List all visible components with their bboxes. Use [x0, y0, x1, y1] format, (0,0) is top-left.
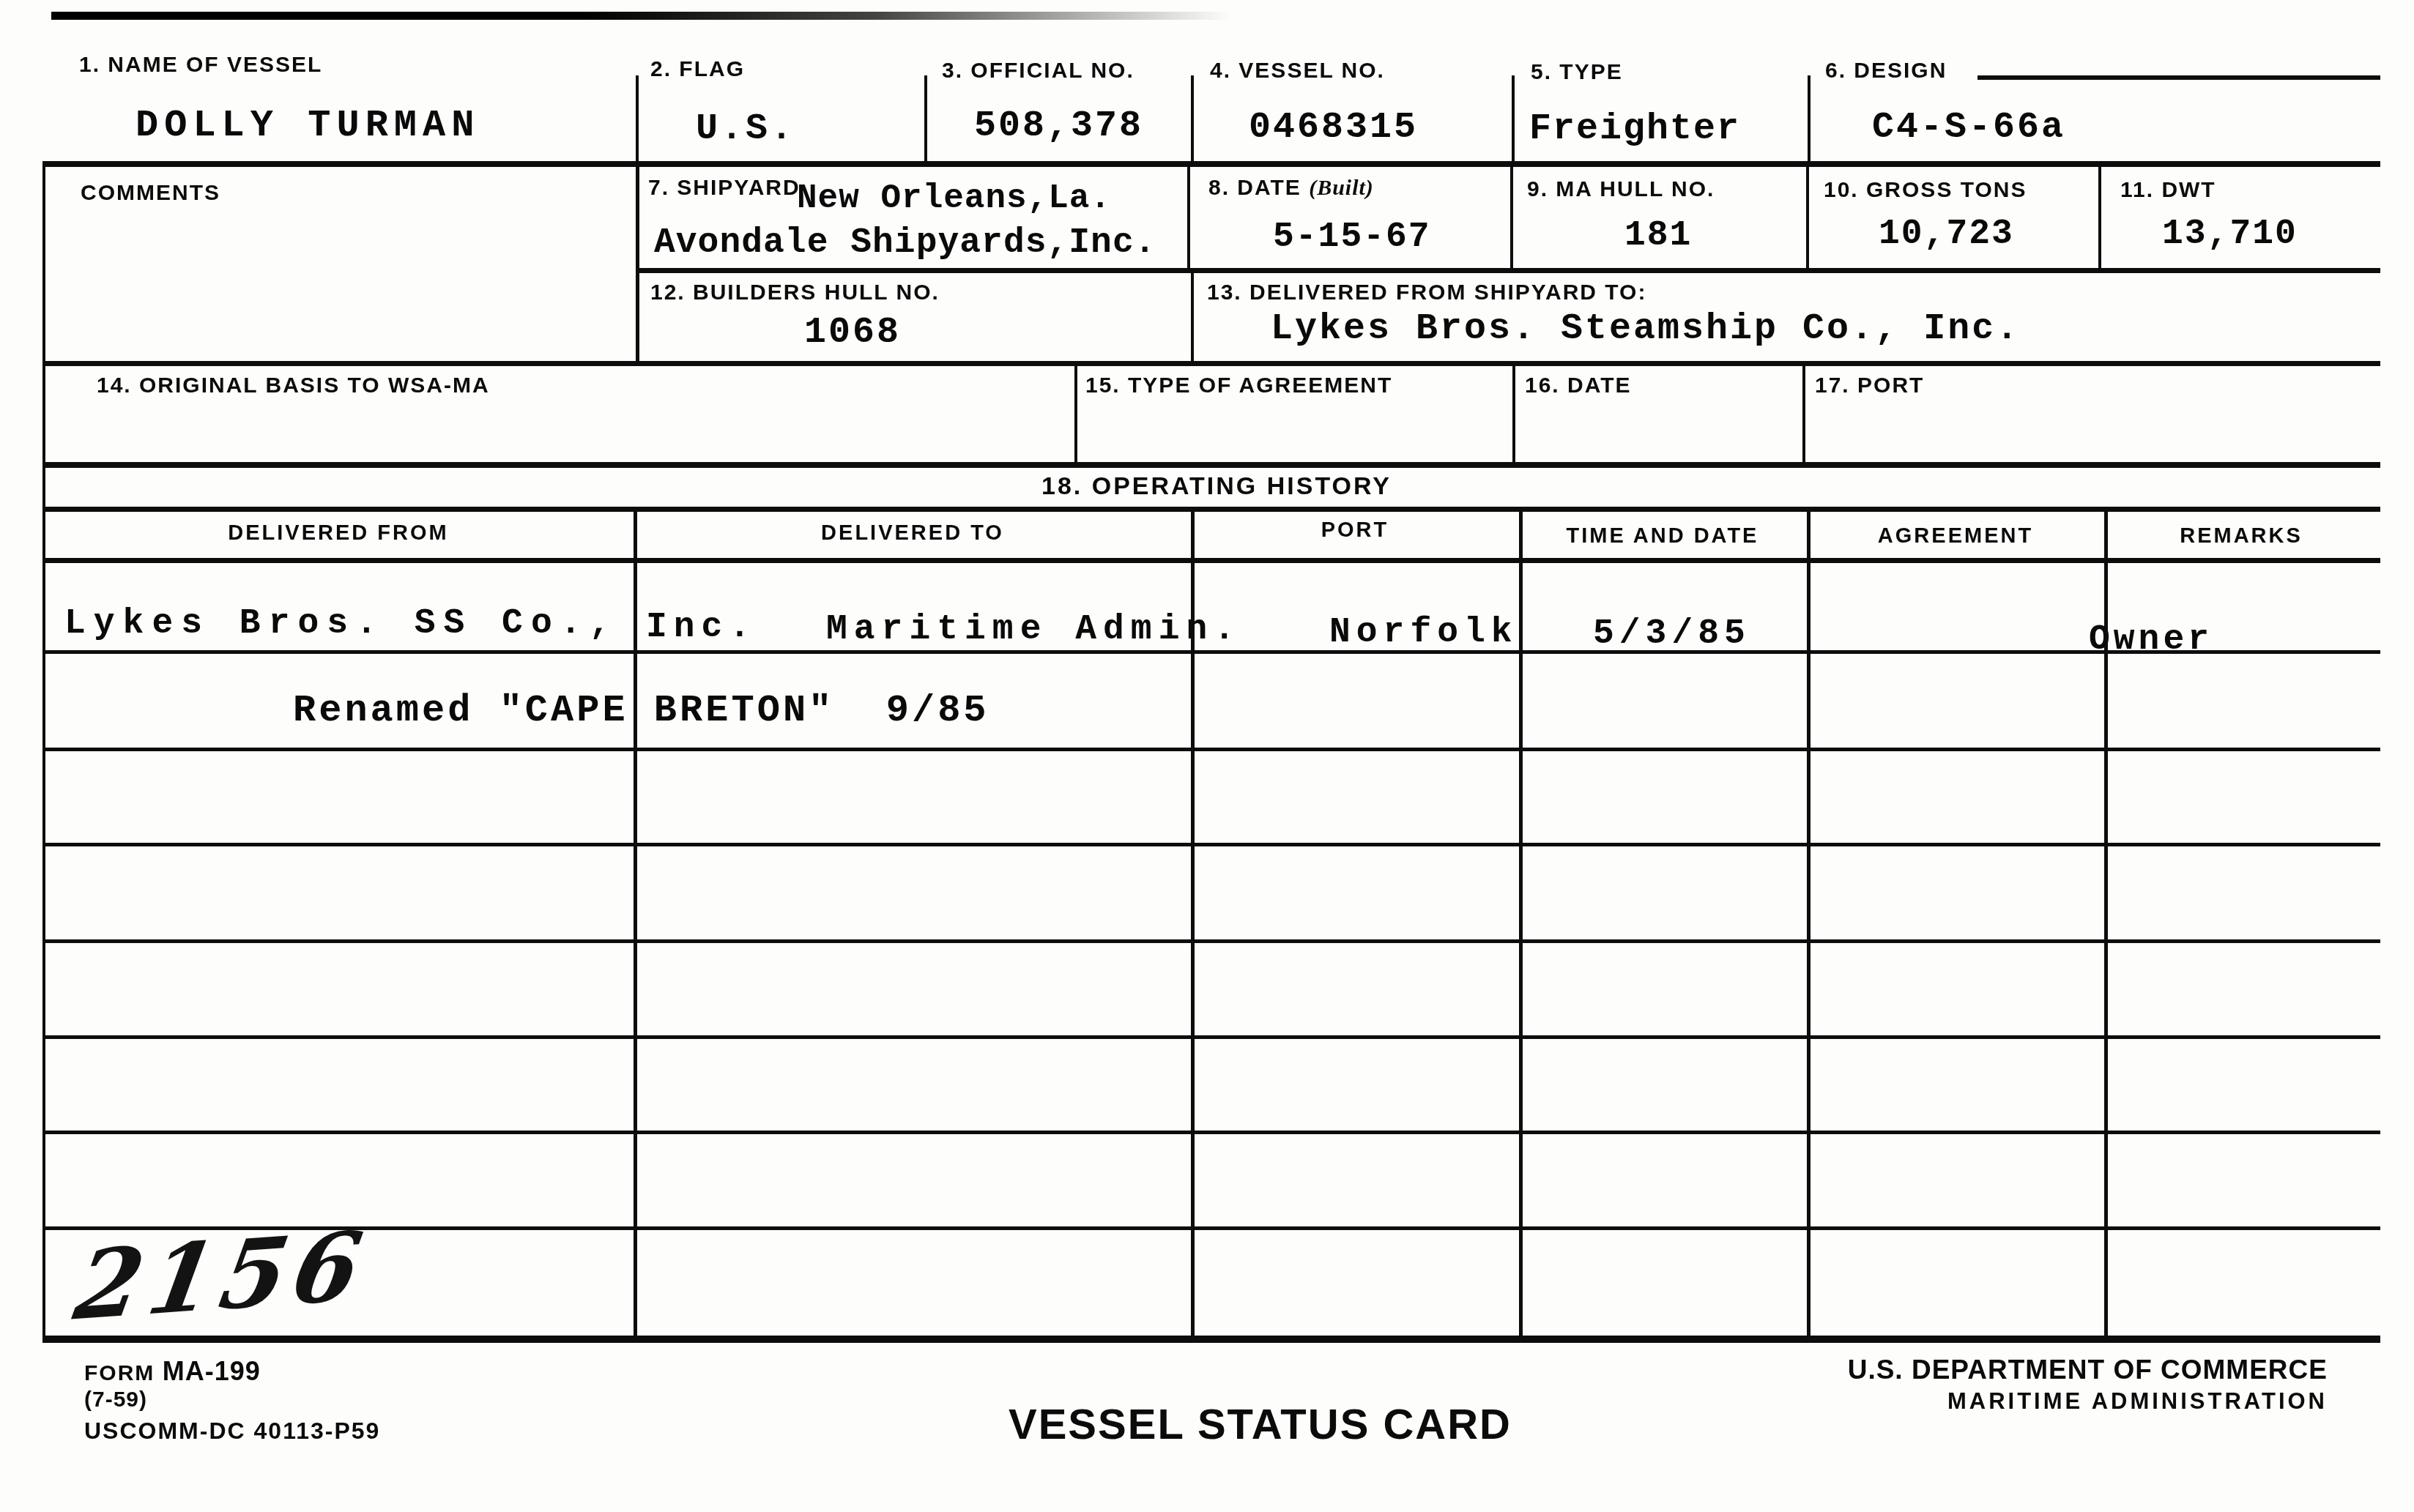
grid-vline [1806, 161, 1809, 271]
grid-hline [42, 939, 2380, 943]
history-delivered-from: Lykes Bros. SS Co., [64, 606, 618, 641]
grid-vline [636, 161, 639, 364]
grid-vline [1191, 75, 1194, 164]
grid-vline [1510, 161, 1513, 271]
grid-vline [636, 75, 639, 164]
date-built-label-note: (Built) [1309, 176, 1374, 200]
delivered-from-shipyard-label: 13. DELIVERED FROM SHIPYARD TO: [1207, 280, 1646, 305]
original-basis-wsa-label: 14. ORIGINAL BASIS TO WSA-MA [97, 373, 490, 398]
shipyard-label: 7. SHIPYARD [648, 176, 801, 201]
type-label: 5. TYPE [1531, 60, 1623, 85]
comments-label: COMMENTS [81, 181, 220, 206]
history-time-and-date: 5/3/85 [1593, 617, 1750, 652]
card-title: VESSEL STATUS CARD [1009, 1400, 1512, 1449]
builders-hull-no-label: 12. BUILDERS HULL NO. [650, 280, 940, 305]
grid-hline [42, 1035, 2380, 1039]
delivered-from-shipyard-value: Lykes Bros. Steamship Co., Inc. [1271, 311, 2020, 348]
design-label: 6. DESIGN [1825, 59, 1947, 83]
grid-vline [42, 161, 45, 1340]
grid-hline [42, 843, 2380, 846]
grid-vline [1512, 361, 1515, 465]
design-value: C4-S-66a [1872, 110, 2065, 146]
grid-hline [42, 1131, 2380, 1134]
grid-hline [42, 650, 2380, 654]
grid-vline [1187, 161, 1190, 271]
vessel-no-value: 0468315 [1249, 110, 1418, 146]
col-header-time-and-date: TIME AND DATE [1567, 524, 1759, 548]
builders-hull-no-value: 1068 [804, 315, 901, 351]
grid-hline [42, 462, 2380, 468]
history-delivered-from-cont: Inc. [646, 610, 757, 645]
grid-hline [42, 507, 2380, 512]
ma-hull-no-value: 181 [1624, 218, 1692, 253]
grid-hline [42, 748, 2380, 751]
gross-tons-value: 10,723 [1879, 217, 2014, 252]
operating-history-title: 18. OPERATING HISTORY [1041, 472, 1392, 501]
grid-hline [42, 1226, 2380, 1230]
official-no-label: 3. OFFICIAL NO. [942, 59, 1134, 83]
form-number-line: FORM MA-199 [84, 1356, 261, 1387]
grid-vline [634, 507, 637, 1339]
col-header-remarks: REMARKS [2180, 524, 2303, 548]
form-revision: (7-59) [84, 1388, 147, 1412]
port-label: 17. PORT [1815, 373, 1924, 398]
grid-hline [51, 12, 1230, 20]
agency-name: U.S. DEPARTMENT OF COMMERCE [1848, 1355, 2328, 1385]
grid-vline [1074, 361, 1077, 465]
name-of-vessel-value: DOLLY TURMAN [135, 107, 480, 145]
history-port: Norfolk [1329, 615, 1518, 650]
flag-value: U.S. [696, 111, 795, 148]
print-code: USCOMM-DC 40113-P59 [84, 1418, 380, 1445]
date-built-value: 5-15-67 [1273, 220, 1431, 255]
grid-vline [1191, 268, 1194, 364]
agency-division: MARITIME ADMINISTRATION [1947, 1388, 2328, 1415]
grid-vline [1519, 507, 1523, 1339]
grid-hline [1977, 75, 2380, 80]
shipyard-value-line2: Avondale Shipyards,Inc. [654, 226, 1156, 261]
handwritten-number: 2156 [67, 1210, 376, 1342]
col-header-delivered-to: DELIVERED TO [821, 521, 1004, 545]
official-no-value: 508,378 [974, 108, 1143, 145]
history-renamed-note: Renamed "CAPE BRETON" 9/85 [293, 692, 989, 730]
grid-vline [1512, 75, 1515, 164]
form-number: MA-199 [163, 1356, 261, 1386]
col-header-agreement: AGREEMENT [1878, 524, 2033, 548]
date-built-label-main: 8. DATE [1208, 176, 1301, 200]
grid-hline [42, 1336, 2380, 1343]
grid-hline [42, 558, 2380, 563]
shipyard-value-line1: New Orleans,La. [797, 182, 1111, 215]
grid-vline [1808, 75, 1810, 164]
grid-hline [42, 161, 2380, 167]
grid-hline [42, 361, 2380, 366]
vessel-no-label: 4. VESSEL NO. [1210, 59, 1385, 83]
gross-tons-label: 10. GROSS TONS [1824, 178, 2027, 203]
type-value: Freighter [1529, 111, 1740, 148]
grid-vline [1191, 507, 1195, 1339]
grid-vline [1807, 507, 1810, 1339]
ma-hull-no-label: 9. MA HULL NO. [1527, 177, 1715, 202]
col-header-port: PORT [1321, 518, 1389, 543]
date-built-label: 8. DATE (Built) [1208, 176, 1374, 201]
form-number-prefix: FORM [84, 1361, 155, 1385]
grid-vline [1802, 361, 1805, 465]
grid-vline [2104, 507, 2108, 1339]
name-of-vessel-label: 1. NAME OF VESSEL [79, 53, 322, 78]
dwt-value: 13,710 [2162, 217, 2298, 252]
vessel-status-card: 1. NAME OF VESSEL 2. FLAG 3. OFFICIAL NO… [0, 0, 2414, 1512]
grid-hline [636, 268, 2380, 273]
type-of-agreement-label: 15. TYPE OF AGREEMENT [1085, 373, 1392, 398]
date-label: 16. DATE [1525, 373, 1631, 398]
dwt-label: 11. DWT [2120, 178, 2216, 203]
history-delivered-to: Maritime Admin. [826, 612, 1241, 647]
flag-label: 2. FLAG [650, 57, 745, 82]
col-header-delivered-from: DELIVERED FROM [228, 521, 448, 545]
grid-vline [2098, 161, 2101, 271]
grid-vline [924, 75, 927, 164]
